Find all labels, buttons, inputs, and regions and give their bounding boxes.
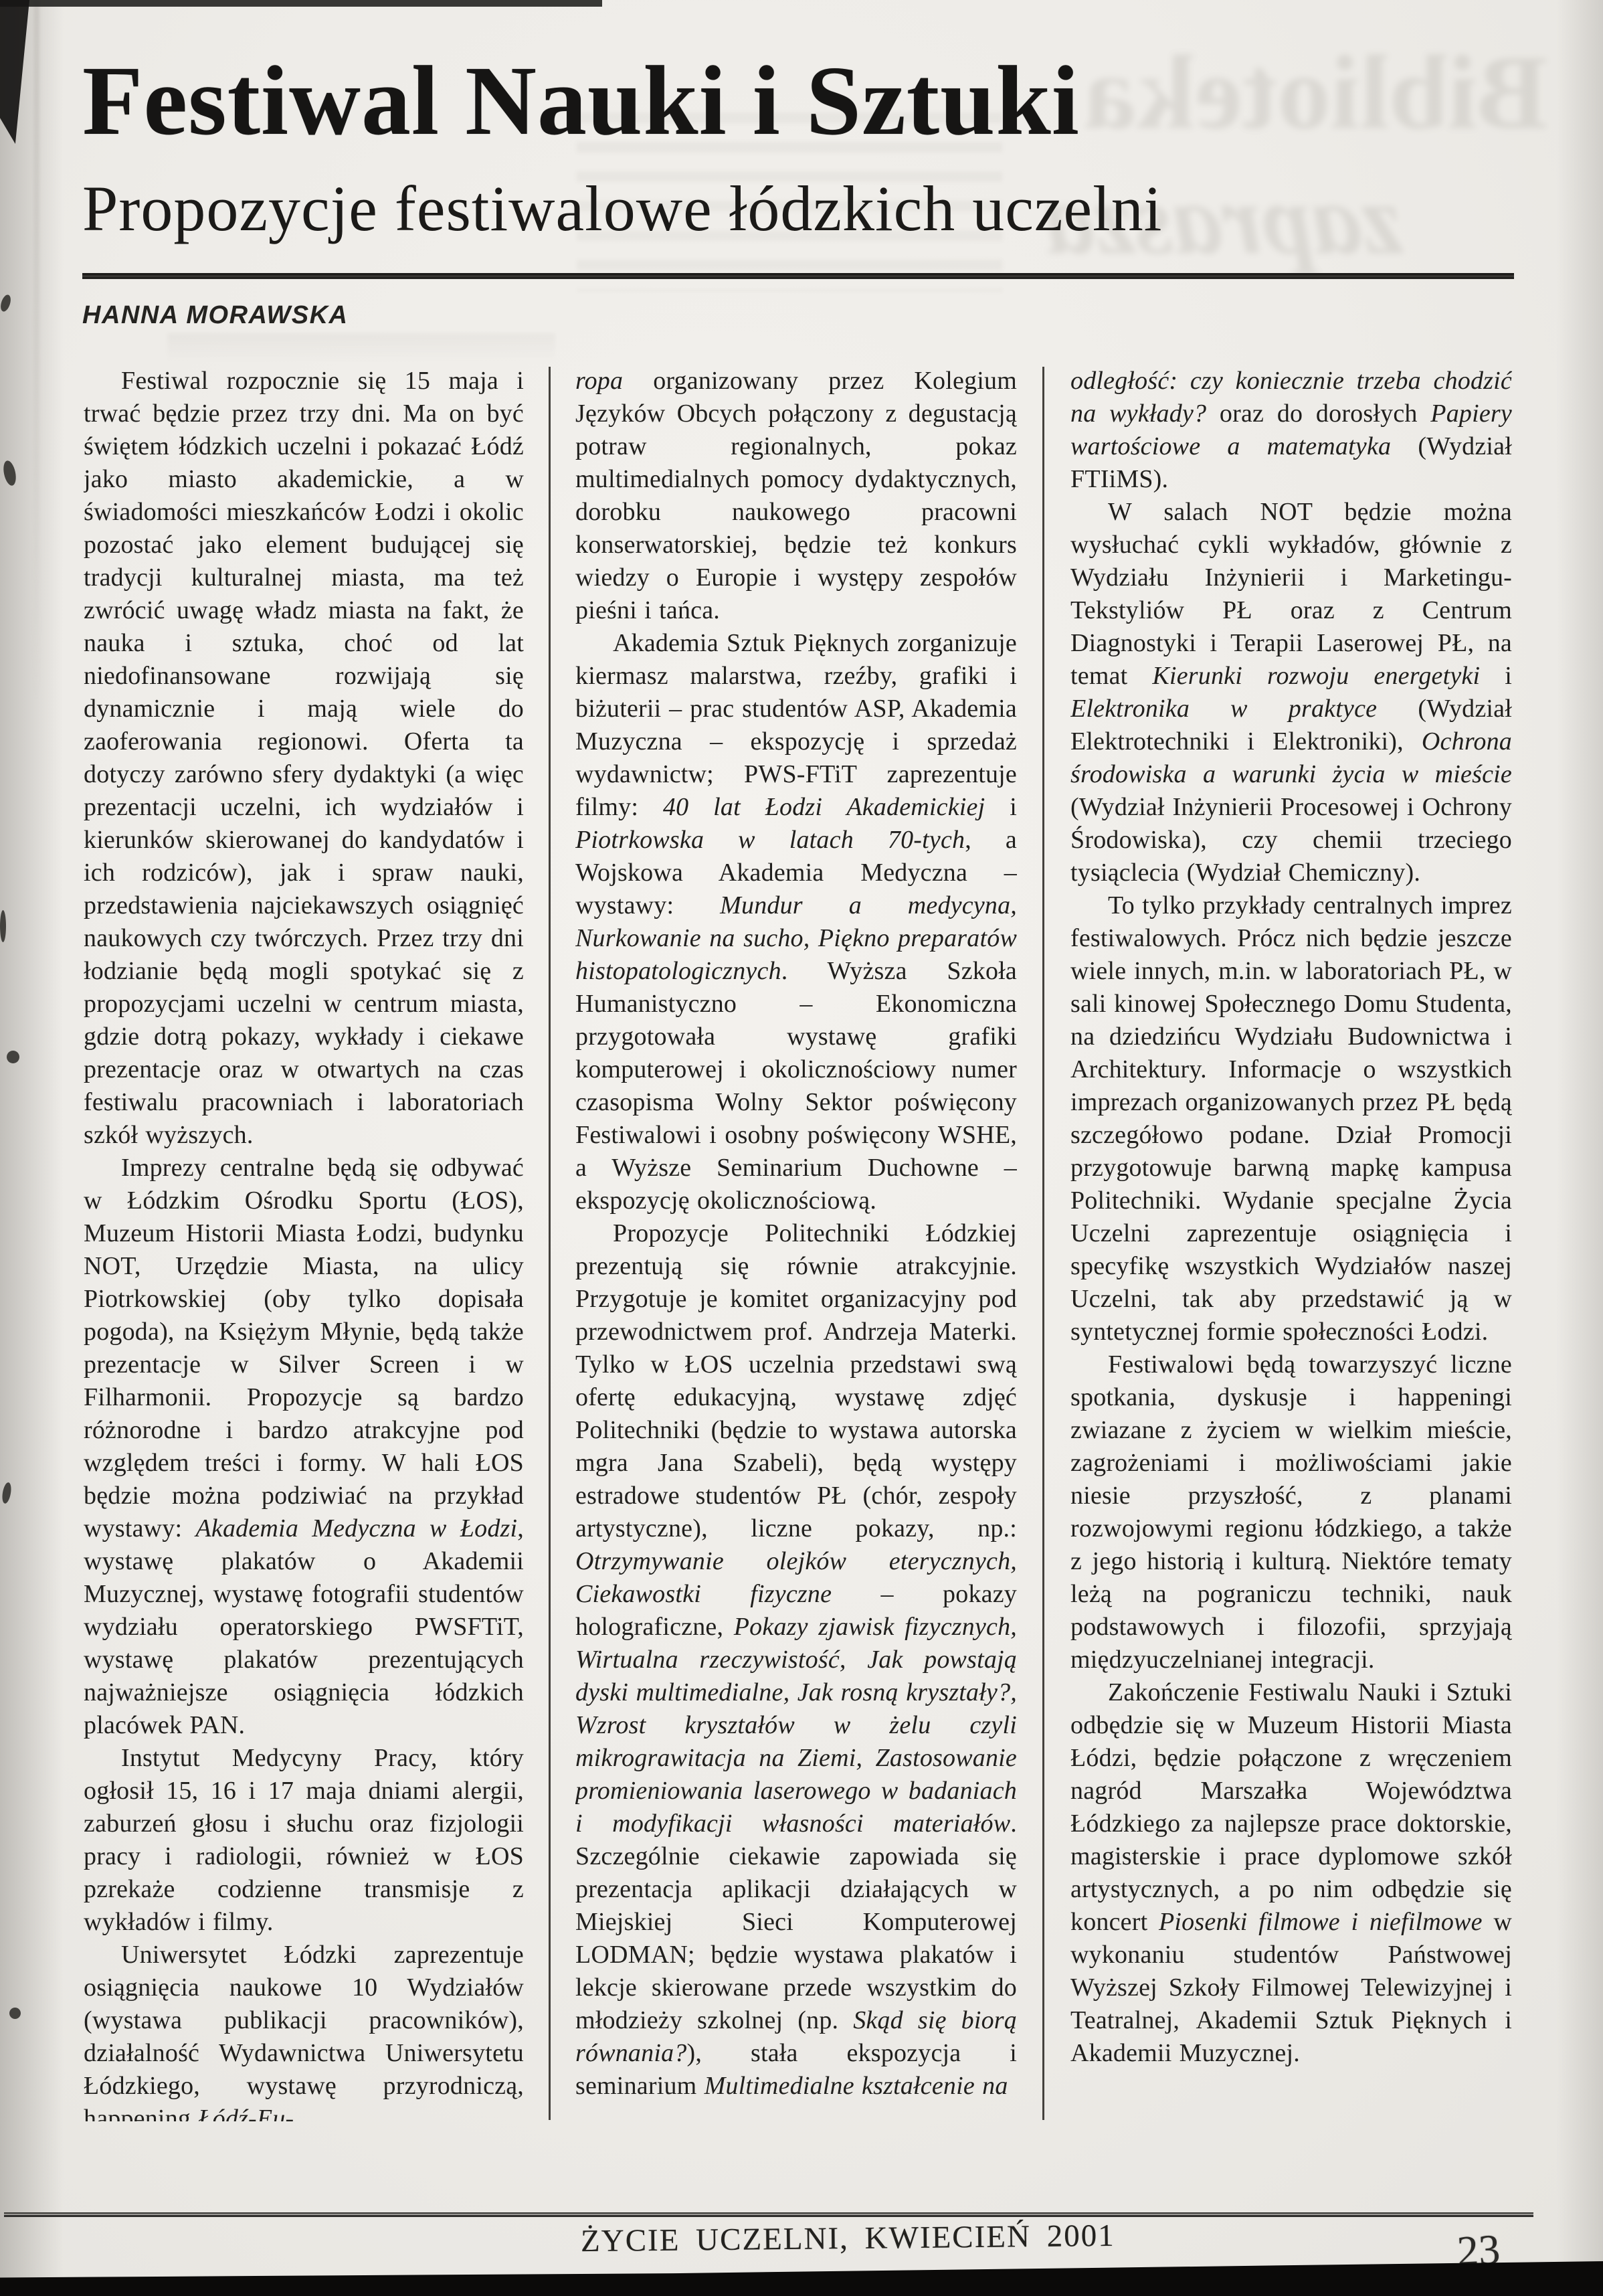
article-column-1: Festiwal rozpocznie się 15 maja i trwać … [84, 365, 524, 2121]
text-segment: To tylko przykłady centralnych imprez fe… [1070, 891, 1512, 1346]
scan-edge-shadow-left [0, 0, 64, 2296]
header-rule [82, 273, 1514, 279]
text-segment: Instytut Medycyny Pracy, który ogłosił 1… [84, 1744, 524, 1936]
column-divider-1 [549, 367, 551, 2120]
text-segment: Imprezy centralne będą się odbywać w Łód… [84, 1154, 524, 1542]
text-segment-italic: Piosenki filmowe i niefilmowe [1159, 1908, 1483, 1936]
footer-rule [4, 2212, 1533, 2217]
scan-edge-shadow-right [1556, 0, 1603, 2296]
paragraph: Imprezy centralne będą się odbywać w Łód… [84, 1152, 524, 1742]
article-title: Festiwal Nauki i Sztuki [82, 50, 1080, 153]
text-segment: , wystawę plakatów o Akademii Muzycznej,… [84, 1514, 524, 1739]
author-byline: HANNA MORAWSKA [82, 301, 348, 330]
column-divider-2 [1042, 367, 1044, 2120]
text-segment: Zakończenie Festiwalu Nauki i Sztuki odb… [1070, 1678, 1512, 1936]
scan-fold-line [33, 0, 39, 703]
paragraph: W salach NOT będzie można wysłuchać cykl… [1070, 496, 1512, 889]
text-segment: Akademia Sztuk Pięknych zorganizuje kier… [575, 629, 1017, 821]
text-segment: i [1480, 662, 1512, 690]
paragraph: To tylko przykłady centralnych imprez fe… [1070, 889, 1512, 1348]
text-segment-italic: Pokazy zjawisk fizycznych, Wirtualna rze… [575, 1613, 1017, 1838]
text-segment-italic: ropa [575, 367, 623, 395]
text-segment: i [985, 793, 1017, 821]
paragraph: Festiwalowi będą towarzyszyć liczne spot… [1070, 1348, 1512, 1676]
text-segment-italic: Piotrkowska w latach 70-tych [575, 826, 965, 854]
paragraph: Instytut Medycyny Pracy, który ogłosił 1… [84, 1742, 524, 1939]
article-column-3: odległość: czy koniecznie trzeba chodzić… [1070, 365, 1512, 2121]
article-column-2: ropa organizowany przez Kolegium Języków… [575, 365, 1017, 2121]
scan-artifact-smudge [9, 2008, 21, 2019]
paragraph: Zakończenie Festiwalu Nauki i Sztuki odb… [1070, 1676, 1512, 2070]
scan-artifact-smudge [0, 910, 6, 942]
bleedthrough-smudge [167, 333, 555, 363]
text-segment-italic: Multimedialne kształcenie na [704, 2072, 1008, 2100]
paragraph: odległość: czy koniecznie trzeba chodzić… [1070, 365, 1512, 496]
text-segment-italic: Akademia Medyczna w Łodzi [195, 1514, 517, 1542]
paragraph: Akademia Sztuk Pięknych zorganizuje kier… [575, 627, 1017, 1217]
paragraph: Uniwersytet Łódzki zaprezentuje osiągnię… [84, 1939, 524, 2121]
text-segment: (Wydział Inżynierii Procesowej i Ochrony… [1070, 793, 1512, 887]
text-segment: Festiwal rozpocznie się 15 maja i trwać … [84, 367, 524, 1149]
text-segment: Uniwersytet Łódzki zaprezentuje osiągnię… [84, 1941, 524, 2121]
paragraph: Festiwal rozpocznie się 15 maja i trwać … [84, 365, 524, 1152]
paragraph: ropa organizowany przez Kolegium Języków… [575, 365, 1017, 627]
paragraph: Propozycje Politechniki Łódzkiej prezent… [575, 1217, 1017, 2103]
text-segment-italic: Kierunki rozwoju energetyki [1152, 662, 1480, 690]
text-segment: oraz do dorosłych [1206, 400, 1430, 428]
article-subtitle: Propozycje festiwalowe łódzkich uczelni [82, 175, 1162, 243]
scan-artifact-top-strip [0, 0, 602, 7]
journal-footer: ŻYCIE UCZELNI, KWIECIEŃ 2001 [581, 2218, 1115, 2259]
text-segment-italic: Łódź-Eu- [198, 2105, 294, 2121]
text-segment: Propozycje Politechniki Łódzkiej prezent… [575, 1219, 1017, 1542]
bleedthrough-ghost-text: Biblioteka [1084, 32, 1548, 154]
scanned-newspaper-page: Biblioteka zaprasza Festiwal Nauki i Szt… [0, 0, 1603, 2296]
text-segment: . Szczególnie ciekawie zapowiada się pre… [575, 1809, 1017, 2034]
text-segment: . Wyższa Szkoła Humanistyczno – Ekonomic… [575, 957, 1017, 1215]
scan-artifact-smudge [7, 1051, 19, 1063]
text-segment: W salach NOT będzie można wysłuchać cykl… [1070, 498, 1512, 690]
text-segment: Festiwalowi będą towarzyszyć liczne spot… [1070, 1350, 1512, 1674]
text-segment-italic: 40 lat Łodzi Akademickiej [663, 793, 985, 821]
text-segment: organizowany przez Kolegium Języków Obcy… [575, 367, 1017, 624]
scan-bottom-band [0, 2261, 1603, 2296]
text-segment-italic: Elektronika w praktyce [1070, 695, 1377, 723]
